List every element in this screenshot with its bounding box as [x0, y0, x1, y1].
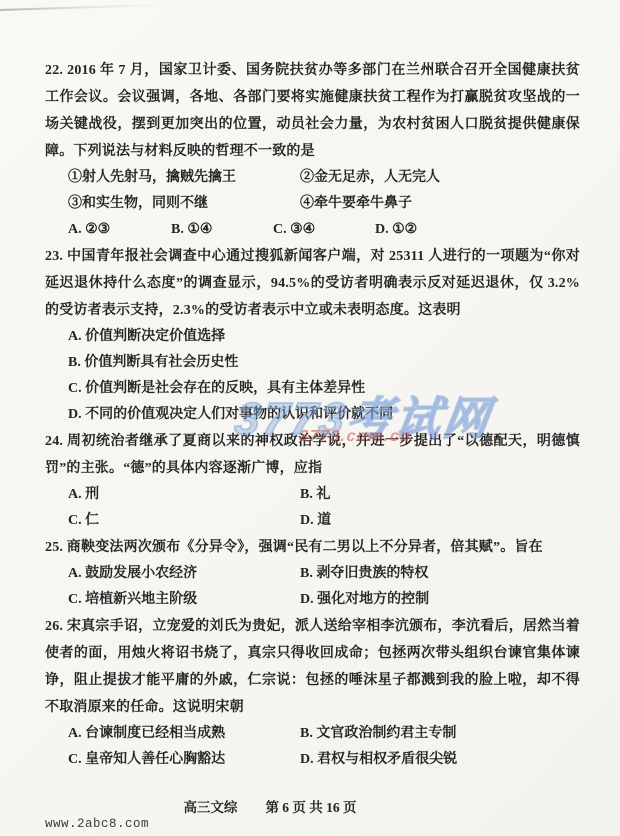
exam-page: 22. 2016 年 7 月，国家卫计委、国务院扶贫办等多部门在兰州联合召开全国… — [0, 0, 620, 836]
question-25-choices-row-1: A. 鼓励发展小农经济 B. 剥夺旧贵族的特权 — [68, 561, 580, 587]
question-24-choices-row-2: C. 仁 D. 道 — [68, 508, 580, 534]
choice-a: A. ②③ — [68, 217, 171, 243]
question-22-item-3: ③和实生物，同则不继 — [68, 191, 300, 217]
choice-a: A. 台谏制度已经相当成熟 — [68, 721, 300, 747]
question-25-choices-row-2: C. 培植新兴地主阶级 D. 强化对地方的控制 — [68, 587, 580, 613]
choice-d: D. 强化对地方的控制 — [300, 587, 580, 613]
question-22-items-row-1: ①射人先射马，擒贼先擒王 ②金无足赤，人无完人 — [68, 165, 580, 191]
question-26-body: 26. 宋真宗手诏，立宠爱的刘氏为贵妃，派人送给宰相李沆颁布，李沆看后，居然当着… — [45, 613, 580, 721]
choice-d: D. 道 — [300, 508, 580, 534]
question-22-body: 22. 2016 年 7 月，国家卫计委、国务院扶贫办等多部门在兰州联合召开全国… — [45, 57, 580, 165]
exam-content: 22. 2016 年 7 月，国家卫计委、国务院扶贫办等多部门在兰州联合召开全国… — [45, 57, 580, 773]
question-26-choices-row-1: A. 台谏制度已经相当成熟 B. 文官政治制约君主专制 — [68, 721, 580, 747]
choice-a: A. 鼓励发展小农经济 — [68, 561, 300, 587]
choice-c: C. 皇帝知人善任心胸豁达 — [68, 747, 300, 773]
page-footer: 高三文综 第 6 页 共 16 页 — [0, 796, 580, 816]
footer-course-label: 高三文综 — [183, 796, 237, 816]
choice-b: B. 剥夺旧贵族的特权 — [300, 561, 580, 587]
choice-d: D. 不同的价值观决定人们对事物的认识和评价就不同 — [68, 402, 580, 428]
choice-c: C. ③④ — [273, 217, 375, 243]
choice-c: C. 价值判断是社会存在的反映，具有主体差异性 — [68, 376, 580, 402]
choice-b: B. 文官政治制约君主专制 — [300, 721, 580, 747]
question-24-body: 24. 周初统治者继承了夏商以来的神权政治学说，并进一步提出了“以德配天，明德慎… — [45, 428, 580, 482]
footer-page-number: 第 6 页 共 16 页 — [265, 796, 356, 816]
footer-site-url: www.2abc8.com — [45, 817, 149, 831]
question-22-item-2: ②金无足赤，人无完人 — [300, 165, 580, 191]
choice-b: B. 价值判断具有社会历史性 — [68, 350, 580, 376]
question-26-choices-row-2: C. 皇帝知人善任心胸豁达 D. 君权与相权矛盾很尖锐 — [68, 747, 580, 773]
question-23: 23. 中国青年报社会调查中心通过搜狐新闻客户端，对 25311 人进行的一项题… — [45, 243, 580, 428]
question-23-body: 23. 中国青年报社会调查中心通过搜狐新闻客户端，对 25311 人进行的一项题… — [45, 243, 580, 324]
choice-b: B. 礼 — [300, 482, 580, 508]
choice-a: A. 刑 — [68, 482, 300, 508]
question-22-item-4: ④牵牛要牵牛鼻子 — [300, 191, 580, 217]
choice-d: D. 君权与相权矛盾很尖锐 — [300, 747, 580, 773]
question-22-item-1: ①射人先射马，擒贼先擒王 — [68, 165, 300, 191]
question-22-items-row-2: ③和实生物，同则不继 ④牵牛要牵牛鼻子 — [68, 191, 580, 217]
choice-a: A. 价值判断决定价值选择 — [68, 324, 580, 350]
question-22: 22. 2016 年 7 月，国家卫计委、国务院扶贫办等多部门在兰州联合召开全国… — [45, 57, 580, 243]
question-26: 26. 宋真宗手诏，立宠爱的刘氏为贵妃，派人送给宰相李沆颁布，李沆看后，居然当着… — [45, 613, 580, 773]
choice-c: C. 培植新兴地主阶级 — [68, 587, 300, 613]
choice-c: C. 仁 — [68, 508, 300, 534]
choice-b: B. ①④ — [171, 217, 273, 243]
scan-artifact-line — [0, 4, 165, 11]
question-24-choices-row-1: A. 刑 B. 礼 — [68, 482, 580, 508]
question-25: 25. 商鞅变法两次颁布《分异令》，强调“民有二男以上不分异者，倍其赋”。旨在 … — [45, 534, 580, 613]
question-22-choices: A. ②③ B. ①④ C. ③④ D. ①② — [68, 217, 580, 243]
choice-d: D. ①② — [375, 217, 417, 243]
question-25-body: 25. 商鞅变法两次颁布《分异令》，强调“民有二男以上不分异者，倍其赋”。旨在 — [45, 534, 580, 561]
question-24: 24. 周初统治者继承了夏商以来的神权政治学说，并进一步提出了“以德配天，明德慎… — [45, 428, 580, 534]
